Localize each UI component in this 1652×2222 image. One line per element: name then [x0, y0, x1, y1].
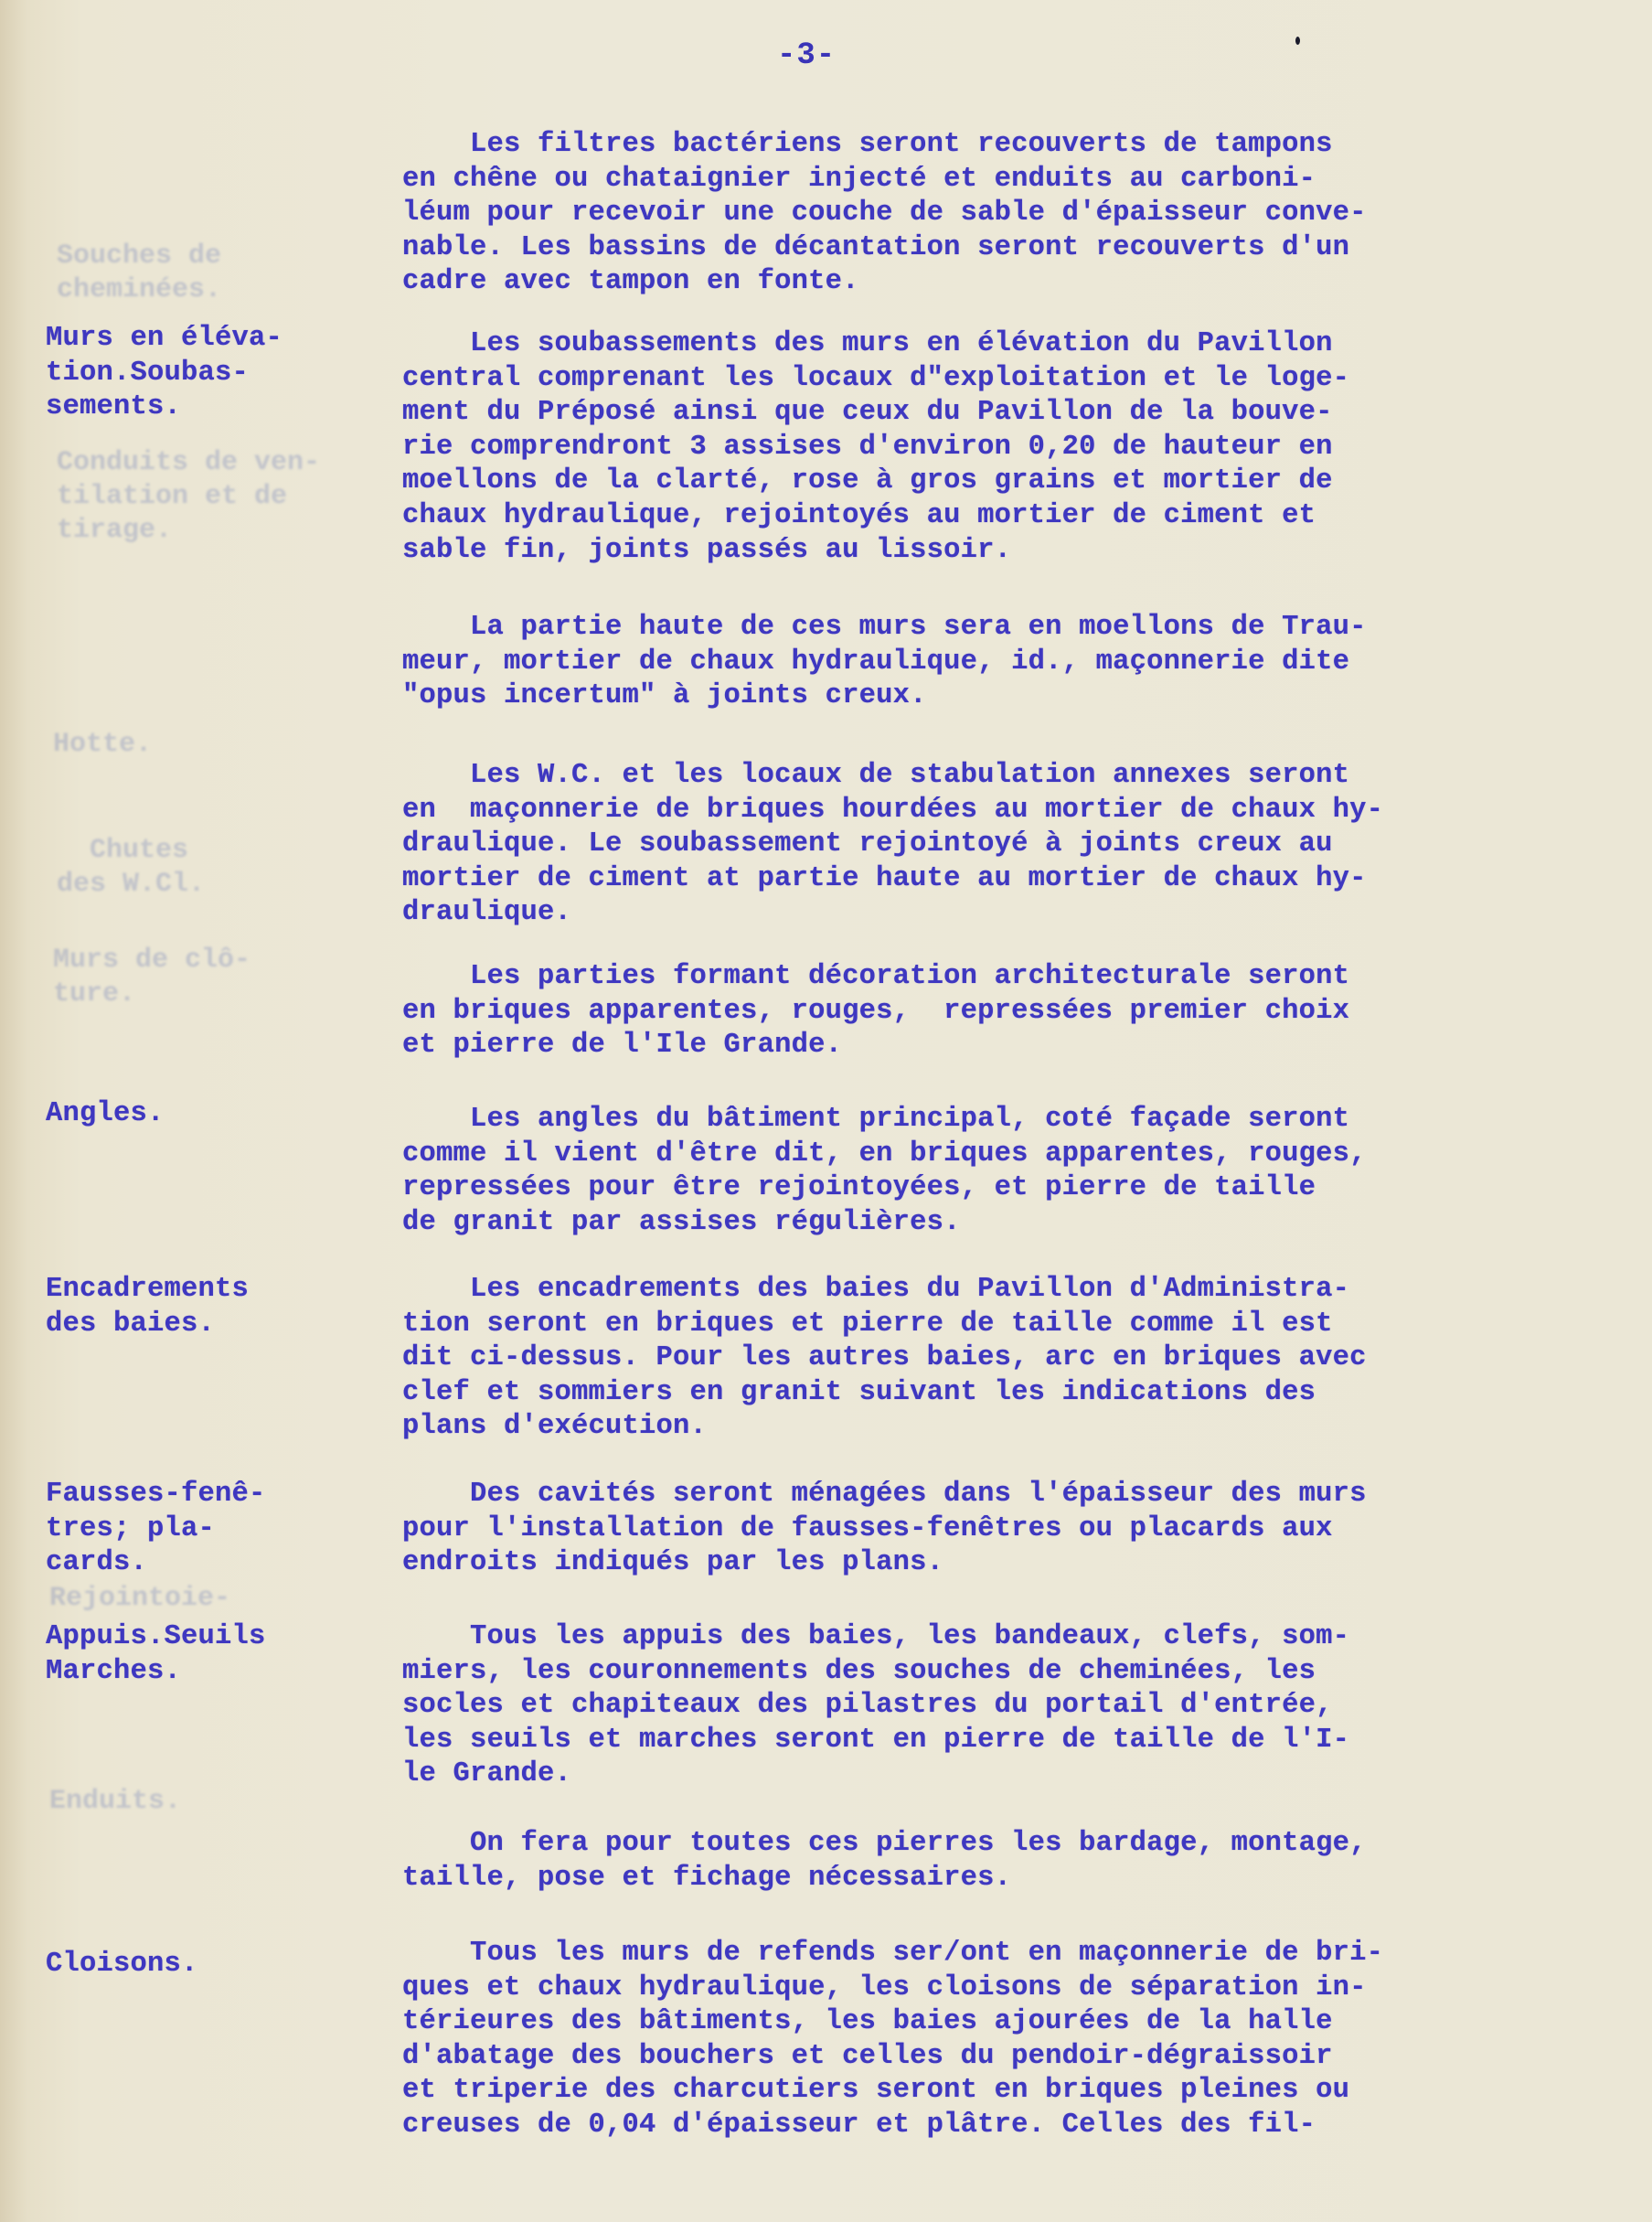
- margin-label-murs-elevation: Murs en éléva- tion.Soubas- sements.: [46, 322, 282, 425]
- paragraph-bardage: On fera pour toutes ces pierres les bard…: [402, 1827, 1367, 1896]
- paragraph-soubassements: Les soubassements des murs en élévation …: [402, 327, 1349, 568]
- bleed-through-label: Hotte.: [53, 728, 152, 762]
- paragraph-filtres: Les filtres bactériens seront recouverts…: [402, 128, 1367, 300]
- margin-label-appuis-seuils: Appuis.Seuils Marches.: [46, 1620, 266, 1689]
- paragraph-decoration: Les parties formant décoration architect…: [402, 960, 1349, 1063]
- bleed-through-label: Souches de cheminées.: [57, 240, 221, 307]
- margin-label-fausses-fenetres: Fausses-fenê- tres; pla- cards.: [46, 1478, 266, 1581]
- paragraph-appuis: Tous les appuis des baies, les bandeaux,…: [402, 1620, 1349, 1792]
- paragraph-wc-stabulation: Les W.C. et les locaux de stabulation an…: [402, 759, 1383, 931]
- margin-label-encadrements: Encadrements des baies.: [46, 1273, 249, 1341]
- page-number: -3-: [777, 38, 836, 73]
- bleed-through-label: Murs de clô- ture.: [53, 944, 250, 1011]
- document-page: -3- Souches de cheminées. Conduits de ve…: [0, 0, 1652, 2222]
- bleed-through-label: Conduits de ven- tilation et de tirage.: [57, 446, 320, 548]
- margin-label-angles: Angles.: [46, 1097, 165, 1132]
- bleed-through-label: Enduits.: [49, 1785, 181, 1819]
- paragraph-angles: Les angles du bâtiment principal, coté f…: [402, 1103, 1367, 1240]
- paragraph-encadrements: Les encadrements des baies du Pavillon d…: [402, 1273, 1367, 1445]
- ink-speck: [1295, 37, 1300, 45]
- paragraph-cloisons: Tous les murs de refends ser/ont en maço…: [402, 1937, 1383, 2143]
- margin-label-cloisons: Cloisons.: [46, 1948, 198, 1982]
- paragraph-fausses-fenetres: Des cavités seront ménagées dans l'épais…: [402, 1478, 1367, 1581]
- bleed-through-label: Chutes des W.Cl.: [57, 834, 205, 902]
- bleed-through-label: Rejointoie-: [49, 1582, 230, 1616]
- paragraph-partie-haute: La partie haute de ces murs sera en moel…: [402, 611, 1367, 714]
